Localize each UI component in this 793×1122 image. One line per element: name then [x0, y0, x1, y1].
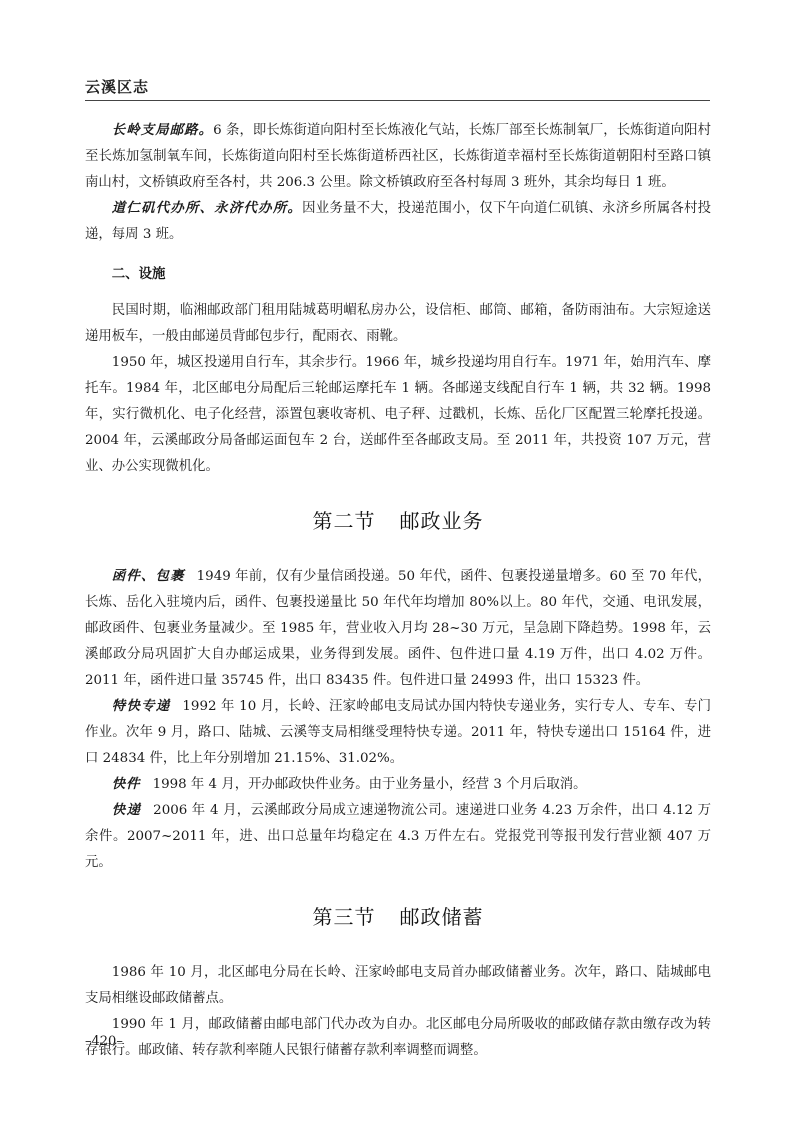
paragraph-agency-offices: 道仁矶代办所、永济代办所。因业务量不大，投递范围小，仅下午向道仁矶镇、永济乡所属…	[85, 196, 711, 248]
paragraph-text: 1950 年，城区投递用自行车，其余步行。1966 年，城乡投递均用自行车。19…	[85, 355, 711, 474]
paragraph-lead: 快递	[112, 803, 141, 818]
subheading-facilities: 二、设施	[85, 262, 711, 288]
paragraph-lead: 快件	[112, 777, 141, 792]
paragraph-courier: 快递2006 年 4 月，云溪邮政分局成立速递物流公司。速递进口业务 4.23 …	[85, 798, 711, 876]
section-name: 邮政业务	[400, 509, 484, 533]
paragraph-text: 1949 年前，仅有少量信函投递。50 年代，函件、包裹投递量增多。60 至 7…	[85, 569, 711, 688]
page-number: –420–	[85, 1034, 123, 1049]
paragraph-lead: 特快专递	[112, 699, 171, 714]
paragraph-text: 1986 年 10 月，北区邮电分局在长岭、汪家岭邮电支局首办邮政储蓄业务。次年…	[85, 965, 711, 1006]
running-head: 云溪区志	[85, 76, 149, 97]
paragraph-text: 2006 年 4 月，云溪邮政分局成立速递物流公司。速递进口业务 4.23 万余…	[85, 803, 711, 870]
section-title-postal-savings: 第三节邮政储蓄	[85, 902, 711, 932]
page-body: 长岭支局邮路。6 条，即长炼街道向阳村至长炼液化气站，长炼厂部至长炼制氧厂，长炼…	[85, 118, 711, 1064]
paragraph-letters-parcels: 函件、包裹1949 年前，仅有少量信函投递。50 年代，函件、包裹投递量增多。6…	[85, 564, 711, 694]
section-number: 第三节	[313, 905, 376, 929]
paragraph-lead: 长岭支局邮路。	[112, 123, 213, 138]
paragraph-lead: 道仁矶代办所、永济代办所。	[112, 201, 302, 216]
paragraph-republic-era: 民国时期，临湘邮政部门租用陆城葛明嵋私房办公，设信柜、邮筒、邮箱，备防雨油布。大…	[85, 298, 711, 350]
section-title-postal-business: 第二节邮政业务	[85, 506, 711, 536]
paragraph-savings-self-run: 1990 年 1 月，邮政储蓄由邮电部门代办改为自办。北区邮电分局所吸收的邮政储…	[85, 1012, 711, 1064]
paragraph-quick-mail: 快件1998 年 4 月，开办邮政快件业务。由于业务量小，经营 3 个月后取消。	[85, 772, 711, 798]
paragraph-text: 1990 年 1 月，邮政储蓄由邮电部门代办改为自办。北区邮电分局所吸收的邮政储…	[85, 1017, 711, 1058]
paragraph-text: 1992 年 10 月，长岭、汪家岭邮电支局试办国内特快专递业务，实行专人、专车…	[85, 699, 711, 766]
paragraph-vehicles: 1950 年，城区投递用自行车，其余步行。1966 年，城乡投递均用自行车。19…	[85, 350, 711, 480]
paragraph-savings-start: 1986 年 10 月，北区邮电分局在长岭、汪家岭邮电支局首办邮政储蓄业务。次年…	[85, 960, 711, 1012]
paragraph-lead: 函件、包裹	[112, 569, 185, 584]
paragraph-changling-routes: 长岭支局邮路。6 条，即长炼街道向阳村至长炼液化气站，长炼厂部至长炼制氧厂，长炼…	[85, 118, 711, 196]
section-name: 邮政储蓄	[400, 905, 484, 929]
paragraph-text: 1998 年 4 月，开办邮政快件业务。由于业务量小，经营 3 个月后取消。	[153, 777, 587, 792]
paragraph-express-mail: 特快专递1992 年 10 月，长岭、汪家岭邮电支局试办国内特快专递业务，实行专…	[85, 694, 711, 772]
paragraph-text: 民国时期，临湘邮政部门租用陆城葛明嵋私房办公，设信柜、邮筒、邮箱，备防雨油布。大…	[85, 303, 711, 344]
section-number: 第二节	[313, 509, 376, 533]
header-rule	[85, 100, 710, 101]
